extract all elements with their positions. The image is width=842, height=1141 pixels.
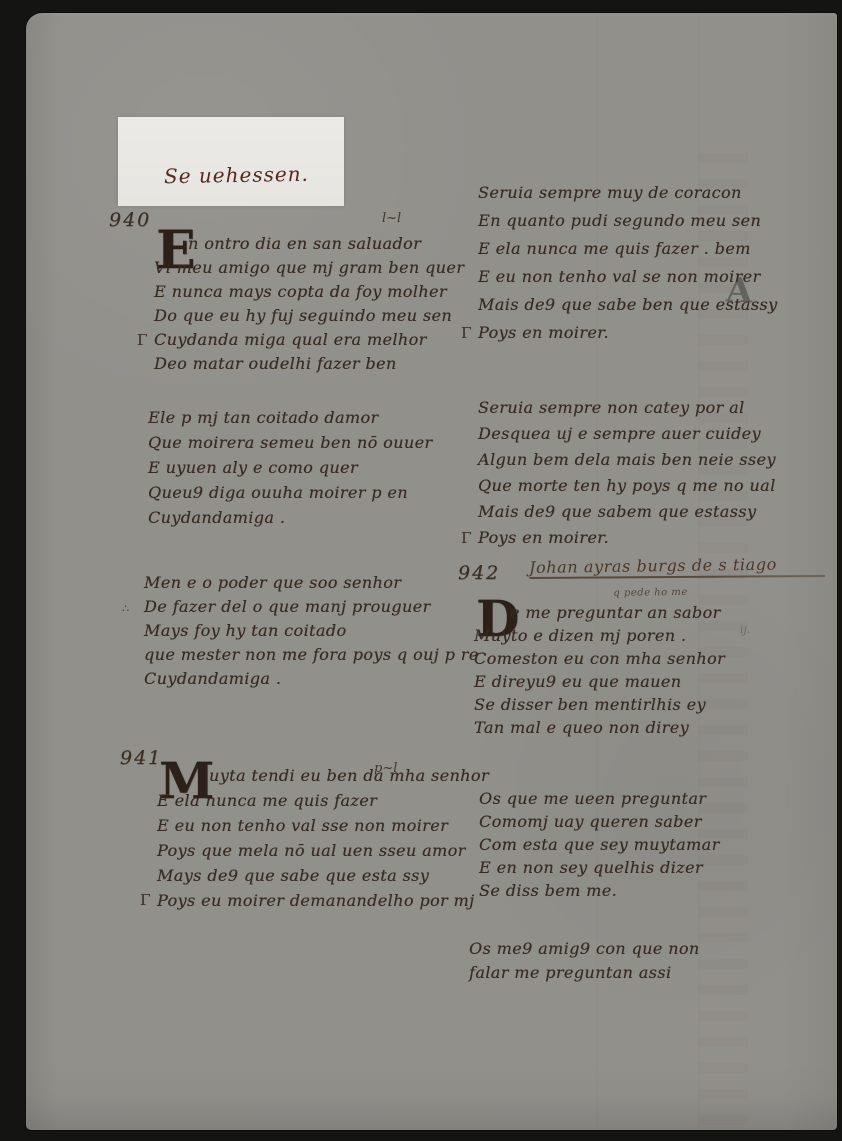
verse-text: Cuydanda miga qual era melhor xyxy=(154,330,427,349)
verse-line: Deo matar oudelhi fazer ben xyxy=(154,352,464,376)
verse-line: que mester non me fora poys q ouj p re xyxy=(144,643,479,667)
verse-line: Se disser ben mentirlhis ey xyxy=(474,693,725,716)
verse-line: E nunca mays copta da foy molher xyxy=(154,280,464,304)
verse-text: Queu9 diga ouuha moirer p en xyxy=(148,483,408,502)
verse-text: E ela nunca me quis fazer xyxy=(157,791,377,810)
verse-line: Mays foy hy tan coitado xyxy=(144,619,479,643)
verse-line: En quanto pudi segundo meu sen xyxy=(478,207,777,235)
stanza: De me preguntar an saborMuyto e dizen mj… xyxy=(474,601,725,739)
verse-line: E en non sey quelhis dizer xyxy=(479,856,720,879)
verse-text: uyta tendi eu ben da mha senhor xyxy=(209,766,489,785)
song-title-label: Se uehessen. xyxy=(164,162,309,189)
verse-line: Muyto e dizen mj poren . xyxy=(474,624,725,647)
verse-line: Se diss bem me. xyxy=(479,879,720,902)
verse-line: ∴De fazer del o que manj prouguer xyxy=(144,595,479,619)
verse-text: Vi meu amigo que mj gram ben quer xyxy=(154,258,464,277)
verse-text: De fazer del o que manj prouguer xyxy=(144,597,431,616)
verse-text: Comomj uay queren saber xyxy=(479,812,702,831)
verse-text: E ela nunca me quis fazer . bem xyxy=(478,239,751,258)
paragraph-mark-icon: Γ xyxy=(140,888,151,913)
verse-text: e me preguntar an sabor xyxy=(510,603,721,622)
verse-line: Ele p mj tan coitado damor xyxy=(148,405,432,430)
verse-text: E en non sey quelhis dizer xyxy=(479,858,703,877)
verse-text: Mais de9 que sabem que estassy xyxy=(478,502,756,521)
margin-mark: ij. xyxy=(740,623,750,636)
author-attribution-text: Johan ayras burgs de s tiago xyxy=(529,555,777,577)
scanned-manuscript-screenshot: { "palette":{ "parchment":"#92908b", "su… xyxy=(0,0,842,1141)
verse-line: e me preguntar an sabor xyxy=(474,601,725,624)
verse-text: Do que eu hy fuj seguindo meu sen xyxy=(154,306,452,325)
verse-text: Que morte ten hy poys q me no ual xyxy=(478,476,776,495)
verse-line: E direyu9 eu que mauen xyxy=(474,670,725,693)
verse-text: Comeston eu con mha senhor xyxy=(474,649,725,668)
stanza: Muyta tendi eu ben da mha senhorE ela nu… xyxy=(157,763,489,913)
verse-text: n ontro dia en san saluador xyxy=(188,234,421,253)
verse-text: Mays foy hy tan coitado xyxy=(144,621,346,640)
verse-text: falar me preguntan assi xyxy=(469,963,671,982)
verse-text: Cuydandamiga . xyxy=(144,669,281,688)
verse-line: Os me9 amig9 con que non xyxy=(469,937,700,961)
verse-line: Cuydandamiga . xyxy=(148,505,432,530)
verse-line: Os que me ueen preguntar xyxy=(479,787,720,810)
verse-text: Ele p mj tan coitado damor xyxy=(148,408,379,427)
verse-line: Algun bem dela mais ben neie ssey xyxy=(478,447,776,473)
margin-mark: l~l xyxy=(382,211,401,226)
poem-number: 940 xyxy=(109,209,151,231)
verse-line: Vi meu amigo que mj gram ben quer xyxy=(154,256,464,280)
verse-text: Algun bem dela mais ben neie ssey xyxy=(478,450,776,469)
paragraph-mark-icon: Γ xyxy=(461,319,472,347)
author-attribution: Johan ayras burgs de s tiago q pede ho m… xyxy=(529,554,825,580)
verse-text: E uyuen aly e como quer xyxy=(148,458,358,477)
verse-text: Os me9 amig9 con que non xyxy=(469,939,700,958)
manuscript-page: Se uehessen. Johan ayras burgs de s tiag… xyxy=(26,13,837,1130)
stanza: Men e o poder que soo senhor∴De fazer de… xyxy=(144,571,479,691)
verse-text: Cuydandamiga . xyxy=(148,508,285,527)
verse-line: Com esta que sey muytamar xyxy=(479,833,720,856)
verse-text: Seruia sempre non catey por al xyxy=(478,398,745,417)
verse-text: Se diss bem me. xyxy=(479,881,617,900)
poem-number: 941 xyxy=(120,747,162,769)
attribution-note: q pede ho me xyxy=(613,587,688,599)
verse-line: E ela nunca me quis fazer . bem xyxy=(478,235,777,263)
verse-text: Deo matar oudelhi fazer ben xyxy=(154,354,397,373)
verse-text: Men e o poder que soo senhor xyxy=(144,573,401,592)
verse-line: ΓCuydanda miga qual era melhor xyxy=(154,328,464,352)
verse-line: Comomj uay queren saber xyxy=(479,810,720,833)
verse-line: ΓPoys en moirer. xyxy=(478,525,776,551)
verse-text: Poys en moirer. xyxy=(478,528,609,547)
verse-text: Desquea uj e sempre auer cuidey xyxy=(478,424,761,443)
paragraph-mark-icon: Γ xyxy=(137,328,148,352)
verse-line: Do que eu hy fuj seguindo meu sen xyxy=(154,304,464,328)
paragraph-mark-icon: ∴ xyxy=(122,597,129,621)
verse-text: Mays de9 que sabe que esta ssy xyxy=(157,866,429,885)
verse-line: E eu non tenho val se non moirer xyxy=(478,263,777,291)
stanza: Ele p mj tan coitado damorQue moirera se… xyxy=(148,405,432,530)
verse-text: Se disser ben mentirlhis ey xyxy=(474,695,706,714)
stanza: Seruia sempre muy de coraconEn quanto pu… xyxy=(478,179,777,347)
verse-line: uyta tendi eu ben da mha senhor xyxy=(157,763,489,788)
title-slip: Se uehessen. xyxy=(118,117,344,206)
verse-line: Men e o poder que soo senhor xyxy=(144,571,479,595)
verse-line: Que moirera semeu ben nō ouuer xyxy=(148,430,432,455)
verse-text: Muyto e dizen mj poren . xyxy=(474,626,686,645)
verse-line: falar me preguntan assi xyxy=(469,961,700,985)
verse-line: E eu non tenho val sse non moirer xyxy=(157,813,489,838)
verse-line: E ela nunca me quis fazer xyxy=(157,788,489,813)
verse-line: Queu9 diga ouuha moirer p en xyxy=(148,480,432,505)
verse-text: E eu non tenho val se non moirer xyxy=(478,267,761,286)
verse-text: Seruia sempre muy de coracon xyxy=(478,183,742,202)
stanza: Seruia sempre non catey por alDesquea uj… xyxy=(478,395,776,551)
verse-line: Mais de9 que sabe ben que estassy xyxy=(478,291,777,319)
verse-line: Mais de9 que sabem que estassy xyxy=(478,499,776,525)
verse-line: Que morte ten hy poys q me no ual xyxy=(478,473,776,499)
verse-text: Que moirera semeu ben nō ouuer xyxy=(148,433,432,452)
verse-line: Seruia sempre muy de coracon xyxy=(478,179,777,207)
verse-line: E uyuen aly e como quer xyxy=(148,455,432,480)
stanza: Os me9 amig9 con que nonfalar me pregunt… xyxy=(469,937,700,985)
stanza: Os que me ueen preguntarComomj uay quere… xyxy=(479,787,720,902)
verse-text: Os que me ueen preguntar xyxy=(479,789,706,808)
verse-text: Poys en moirer. xyxy=(478,323,609,342)
verse-text: E direyu9 eu que mauen xyxy=(474,672,681,691)
verse-text: E eu non tenho val sse non moirer xyxy=(157,816,448,835)
verse-line: Poys que mela nō ual uen sseu amor xyxy=(157,838,489,863)
verse-line: Seruia sempre non catey por al xyxy=(478,395,776,421)
verse-text: Poys que mela nō ual uen sseu amor xyxy=(157,841,466,860)
verse-line: n ontro dia en san saluador xyxy=(154,232,464,256)
verse-line: ΓPoys en moirer. xyxy=(478,319,777,347)
verse-line: Desquea uj e sempre auer cuidey xyxy=(478,421,776,447)
stanza: En ontro dia en san saluadorVi meu amigo… xyxy=(154,232,464,376)
verse-line: ΓPoys eu moirer demanandelho por mj xyxy=(157,888,489,913)
paragraph-mark-icon: Γ xyxy=(461,525,472,551)
verse-line: Tan mal e queo non direy xyxy=(474,716,725,739)
verse-text: Mais de9 que sabe ben que estassy xyxy=(478,295,777,314)
verse-line: Cuydandamiga . xyxy=(144,667,479,691)
verse-text: Tan mal e queo non direy xyxy=(474,718,689,737)
verse-text: que mester non me fora poys q ouj p re xyxy=(144,645,479,664)
verse-text: En quanto pudi segundo meu sen xyxy=(478,211,761,230)
verse-line: Mays de9 que sabe que esta ssy xyxy=(157,863,489,888)
verse-line: Comeston eu con mha senhor xyxy=(474,647,725,670)
verse-text: Poys eu moirer demanandelho por mj xyxy=(157,891,474,910)
verse-text: Com esta que sey muytamar xyxy=(479,835,720,854)
verse-text: E nunca mays copta da foy molher xyxy=(154,282,447,301)
